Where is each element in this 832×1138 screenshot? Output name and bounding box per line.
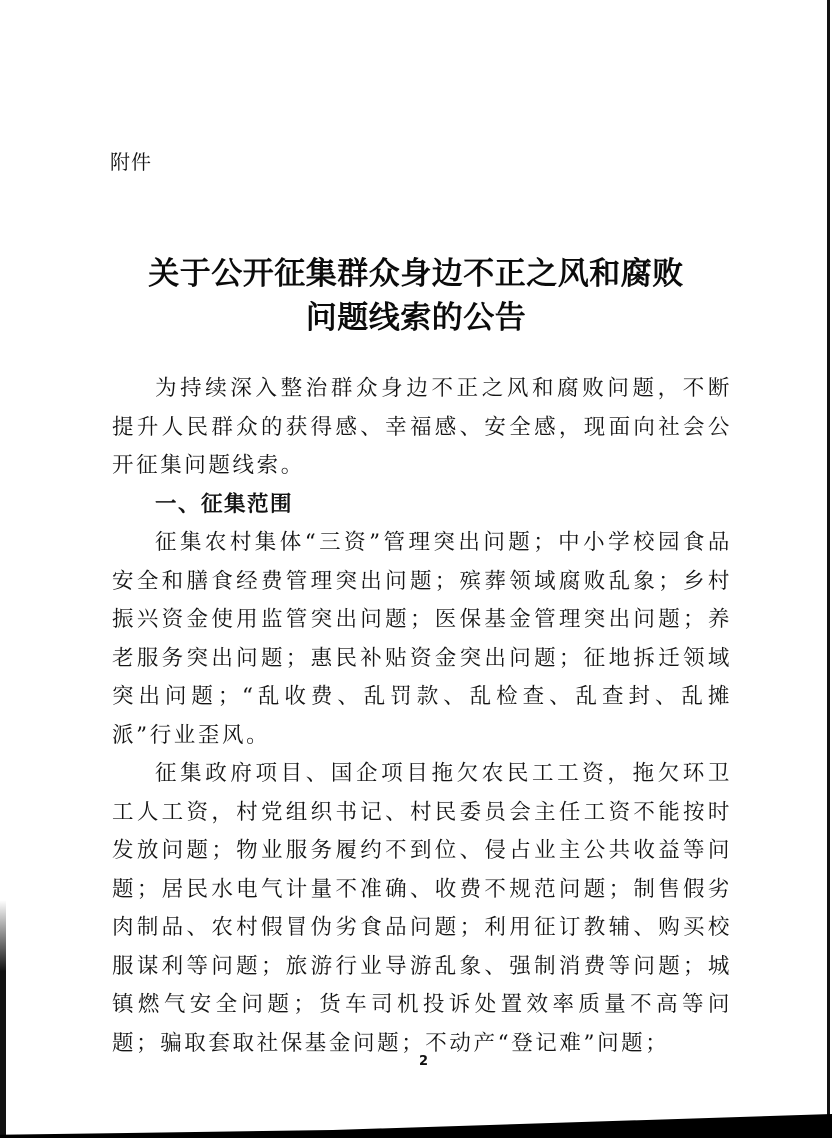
title-line-1: 关于公开征集群众身边不正之风和腐败 (0, 252, 832, 296)
document-body: 为持续深入整治群众身边不正之风和腐败问题，不断提升人民群众的获得感、幸福感、安全… (112, 370, 732, 1063)
page-number: 2 (419, 1054, 428, 1069)
scan-edge-right (827, 0, 830, 1138)
scan-edge-left (0, 900, 6, 1138)
section-heading: 一、征集范围 (112, 486, 732, 525)
title-line-2: 问题线索的公告 (0, 296, 832, 340)
attachment-label: 附件 (110, 146, 152, 175)
intro-paragraph: 为持续深入整治群众身边不正之风和腐败问题，不断提升人民群众的获得感、幸福感、安全… (112, 370, 732, 486)
section-paragraph-1: 征集农村集体“三资”管理突出问题；中小学校园食品安全和膳食经费管理突出问题；殡葬… (112, 524, 732, 755)
document-page: 附件 关于公开征集群众身边不正之风和腐败 问题线索的公告 为持续深入整治群众身边… (0, 0, 832, 1138)
section-paragraph-2: 征集政府项目、国企项目拖欠农民工工资，拖欠环卫工人工资，村党组织书记、村民委员会… (112, 755, 732, 1063)
scan-edge-bottom (0, 1098, 832, 1138)
document-title: 关于公开征集群众身边不正之风和腐败 问题线索的公告 (0, 252, 832, 340)
